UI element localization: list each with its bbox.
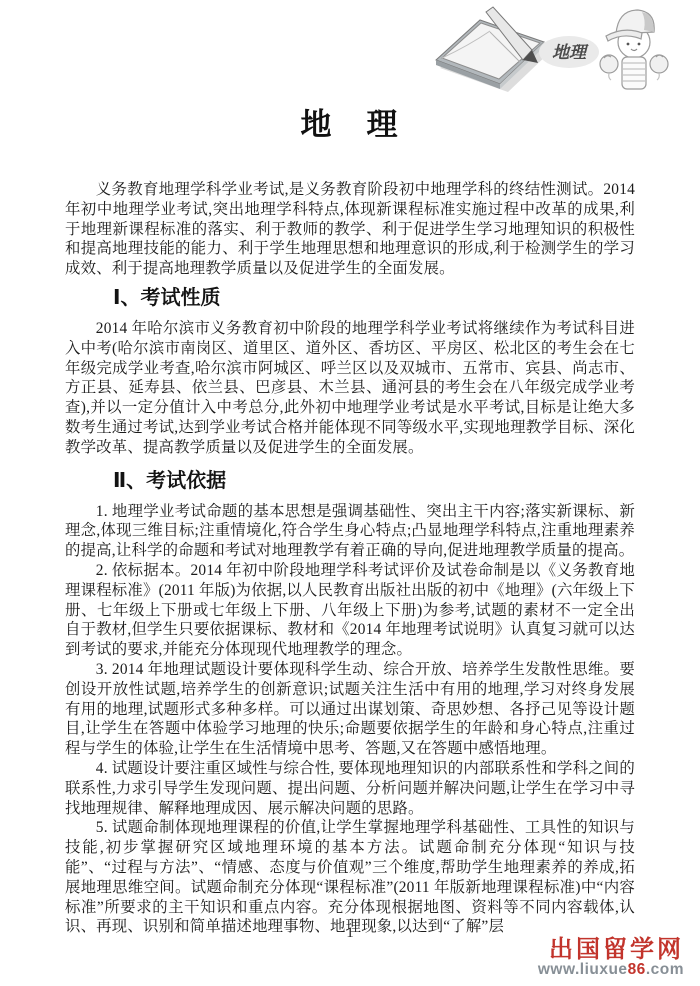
watermark-url-prefix: www.liuxue	[538, 961, 628, 978]
watermark-url: www.liuxue86.com	[538, 962, 684, 978]
header-illustration: 地理	[428, 0, 673, 102]
section-1-heading: Ⅰ、考试性质	[113, 286, 635, 311]
document-body: 义务教育地理学科学业考试,是义务教育阶段初中地理学科的终结性测试。2014 年初…	[65, 180, 635, 937]
section-2-paragraph-4: 4. 试题设计要注重区域性与综合性, 要体现地理知识的内部联系性和学科之间的联系…	[65, 759, 635, 818]
cartoon-boy-illustration	[600, 10, 668, 89]
section-2-paragraph-2: 2. 依标据本。2014 年初中阶段地理学科考试评价及试卷命制是以《义务教育地理…	[65, 561, 635, 660]
watermark-url-highlight: 86	[628, 961, 646, 978]
book-pen-illustration	[436, 7, 550, 92]
section-1-paragraph: 2014 年哈尔滨市义务教育初中阶段的地理学科学业考试将继续作为考试科目进入中考…	[65, 319, 635, 458]
intro-paragraph: 义务教育地理学科学业考试,是义务教育阶段初中地理学科的终结性测试。2014 年初…	[65, 180, 635, 279]
document-page: 地理	[0, 0, 700, 986]
header-illustration-svg: 地理	[428, 0, 673, 102]
watermark-url-suffix: .com	[646, 961, 684, 978]
section-2-paragraph-1: 1. 地理学业考试命题的基本思想是强调基础性、突出主干内容;落实新课标、新理念,…	[65, 502, 635, 561]
section-2-heading: Ⅱ、考试依据	[113, 469, 635, 494]
watermark-site-name: 出国留学网	[538, 937, 684, 962]
subject-bubble: 地理	[539, 36, 599, 68]
bubble-label: 地理	[552, 43, 589, 62]
section-2-paragraph-5: 5. 试题命制体现地理课程的价值,让学生掌握地理学科基础性、工具性的知识与技能,…	[65, 818, 635, 937]
section-2-paragraph-3: 3. 2014 年地理试题设计要体现科学生动、综合开放、培养学生发散性思维。要创…	[65, 660, 635, 759]
site-watermark: 出国留学网 www.liuxue86.com	[538, 937, 684, 978]
